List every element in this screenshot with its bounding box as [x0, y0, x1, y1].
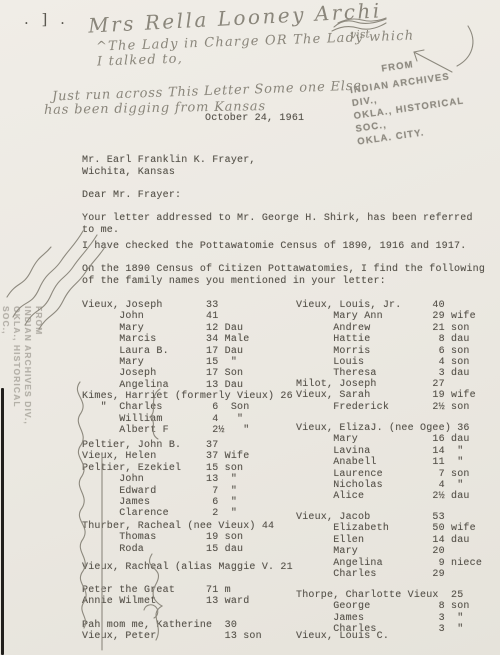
margin-scribble-vertical — [50, 378, 120, 655]
recipient-city: Wichita, Kansas — [82, 167, 175, 178]
corner-pen-mark: . ] . — [24, 10, 69, 28]
census-right-group-1: Vieux, Louis, Jr. 40 Mary Ann 29 wife An… — [296, 300, 476, 380]
pen-arrow — [340, 20, 495, 90]
margin-scribble-diagonal — [5, 185, 115, 325]
letter-date: October 24, 1961 — [205, 113, 304, 124]
handwritten-lady-line2: I talked to, — [97, 52, 183, 70]
stamp-left-from: FROM — [33, 306, 44, 434]
para1-line1: Your letter addressed to Mr. George H. S… — [82, 213, 473, 224]
census-right-group-3: Vieux, ElizaJ. (nee Ogee) 36 Mary 16 dau… — [296, 423, 470, 503]
para3-line2: of the family names you mentioned in you… — [82, 276, 386, 287]
census-right-group-6: Vieux, Louis C. — [296, 631, 389, 642]
margin-brace-mark — [142, 385, 168, 443]
para3-line1: On the 1890 Census of Citizen Pottawatom… — [82, 264, 485, 275]
census-right-group-5: Thorpe, Charlotte Vieux 25 George 8 son … — [296, 590, 470, 636]
stamp-left-line1: INDIAN ARCHIVES DIV., — [22, 306, 33, 434]
census-right-group-4: Vieux, Jacob 53 Elizabeth 50 wife Ellen … — [296, 512, 482, 580]
recipient-name: Mr. Earl Franklin K. Frayer, — [82, 155, 256, 166]
para2: I have checked the Pottawatomie Census o… — [82, 241, 466, 252]
margin-loop-mark — [130, 548, 170, 652]
archive-stamp-left-rotated: FROM INDIAN ARCHIVES DIV., OKLA., HISTOR… — [0, 306, 44, 434]
census-right-group-2: Milot, Joseph 27 Vieux, Sarah 19 wife Fr… — [296, 379, 476, 413]
scanned-letter-page: { "annotations": { "corner_mark": ". ] .… — [0, 0, 500, 655]
scan-edge-line — [1, 388, 4, 655]
